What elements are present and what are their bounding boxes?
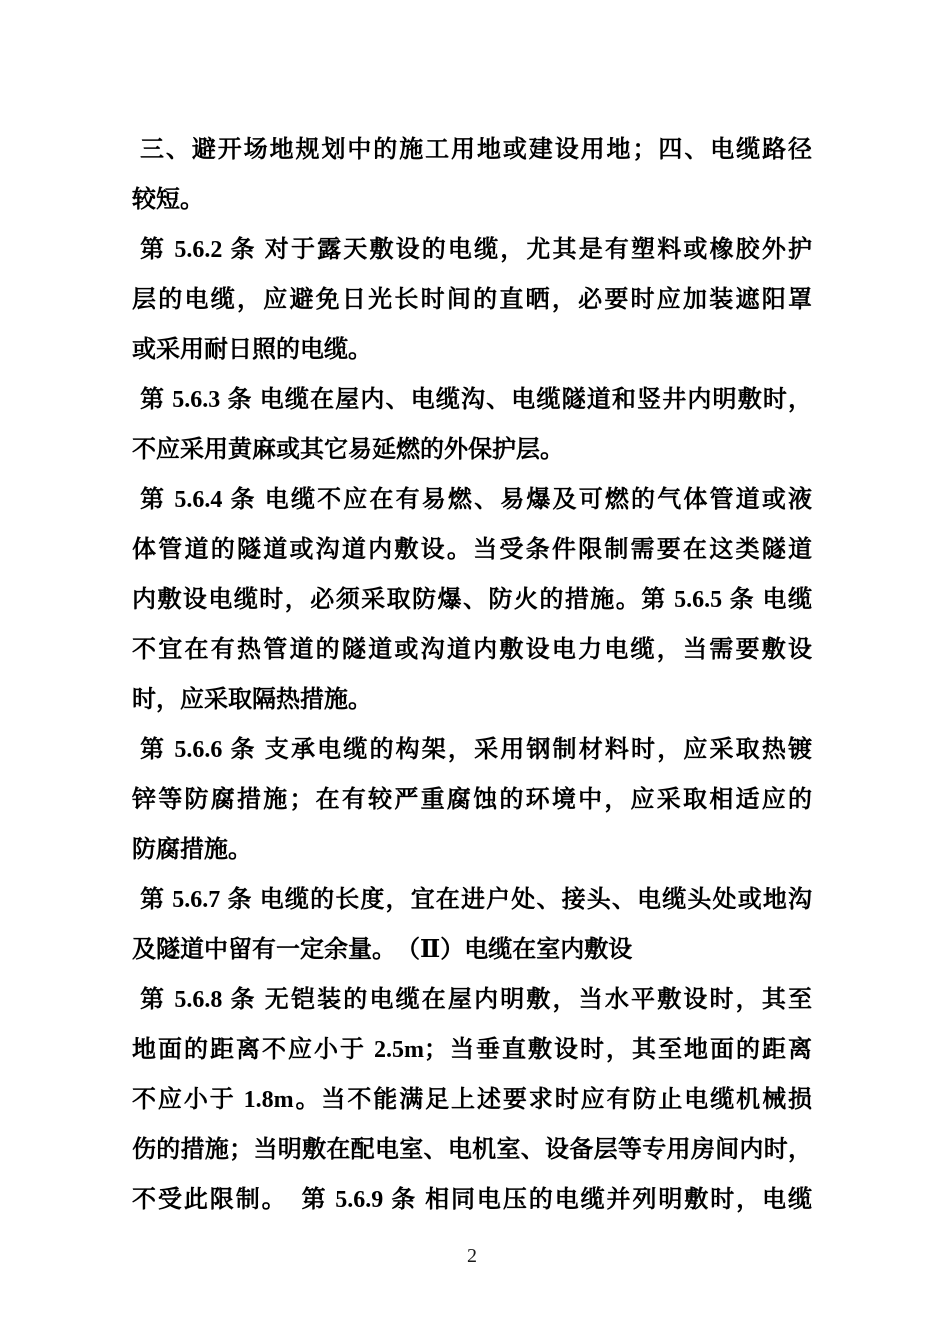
paragraph: 第 5.6.3 条 电缆在屋内、电缆沟、电缆隧道和竖井内明敷时，不应采用黄麻或其… <box>132 375 812 475</box>
text-line: 地面的距离不应小于 2.5m；当垂直敷设时，其至地面的距离 <box>132 1025 812 1075</box>
text-line: 锌等防腐措施；在有较严重腐蚀的环境中，应采取相适应的 <box>132 775 812 825</box>
text-line: 内敷设电缆时，必须采取防爆、防火的措施。第 5.6.5 条 电缆 <box>132 575 812 625</box>
document-body: 三、避开场地规划中的施工用地或建设用地；四、电缆路径较短。第 5.6.2 条 对… <box>132 125 812 1225</box>
text-line: 第 5.6.2 条 对于露天敷设的电缆，尤其是有塑料或橡胶外护 <box>132 225 812 275</box>
text-line: 第 5.6.6 条 支承电缆的构架，采用钢制材料时，应采取热镀 <box>132 725 812 775</box>
text-line: 或采用耐日照的电缆。 <box>132 325 812 375</box>
text-line: 第 5.6.3 条 电缆在屋内、电缆沟、电缆隧道和竖井内明敷时， <box>132 375 812 425</box>
paragraph: 第 5.6.2 条 对于露天敷设的电缆，尤其是有塑料或橡胶外护层的电缆，应避免日… <box>132 225 812 375</box>
text-line: 不应小于 1.8m。当不能满足上述要求时应有防止电缆机械损 <box>132 1075 812 1125</box>
text-line: 及隧道中留有一定余量。 （Ⅱ）电缆在室内敷设 <box>132 925 812 975</box>
text-line: 体管道的隧道或沟道内敷设。当受条件限制需要在这类隧道 <box>132 525 812 575</box>
paragraph: 第 5.6.7 条 电缆的长度，宜在进户处、接头、电缆头处或地沟及隧道中留有一定… <box>132 875 812 975</box>
text-line: 时，应采取隔热措施。 <box>132 675 812 725</box>
paragraph: 第 5.6.4 条 电缆不应在有易燃、易爆及可燃的气体管道或液体管道的隧道或沟道… <box>132 475 812 725</box>
text-line: 不受此限制。 第 5.6.9 条 相同电压的电缆并列明敷时，电缆 <box>132 1175 812 1225</box>
text-line: 伤的措施；当明敷在配电室、电机室、设备层等专用房间内时， <box>132 1125 812 1175</box>
text-line: 第 5.6.4 条 电缆不应在有易燃、易爆及可燃的气体管道或液 <box>132 475 812 525</box>
text-line: 不应采用黄麻或其它易延燃的外保护层。 <box>132 425 812 475</box>
text-line: 较短。 <box>132 175 812 225</box>
text-line: 三、避开场地规划中的施工用地或建设用地；四、电缆路径 <box>132 125 812 175</box>
page-number: 2 <box>132 1243 812 1269</box>
text-line: 第 5.6.8 条 无铠装的电缆在屋内明敷，当水平敷设时，其至 <box>132 975 812 1025</box>
paragraph: 第 5.6.6 条 支承电缆的构架，采用钢制材料时，应采取热镀锌等防腐措施；在有… <box>132 725 812 875</box>
document-page: 三、避开场地规划中的施工用地或建设用地；四、电缆路径较短。第 5.6.2 条 对… <box>0 0 950 1344</box>
paragraph: 三、避开场地规划中的施工用地或建设用地；四、电缆路径较短。 <box>132 125 812 225</box>
text-line: 第 5.6.7 条 电缆的长度，宜在进户处、接头、电缆头处或地沟 <box>132 875 812 925</box>
text-line: 层的电缆，应避免日光长时间的直晒，必要时应加装遮阳罩 <box>132 275 812 325</box>
paragraph: 第 5.6.8 条 无铠装的电缆在屋内明敷，当水平敷设时，其至地面的距离不应小于… <box>132 975 812 1225</box>
text-line: 防腐措施。 <box>132 825 812 875</box>
text-line: 不宜在有热管道的隧道或沟道内敷设电力电缆，当需要敷设 <box>132 625 812 675</box>
